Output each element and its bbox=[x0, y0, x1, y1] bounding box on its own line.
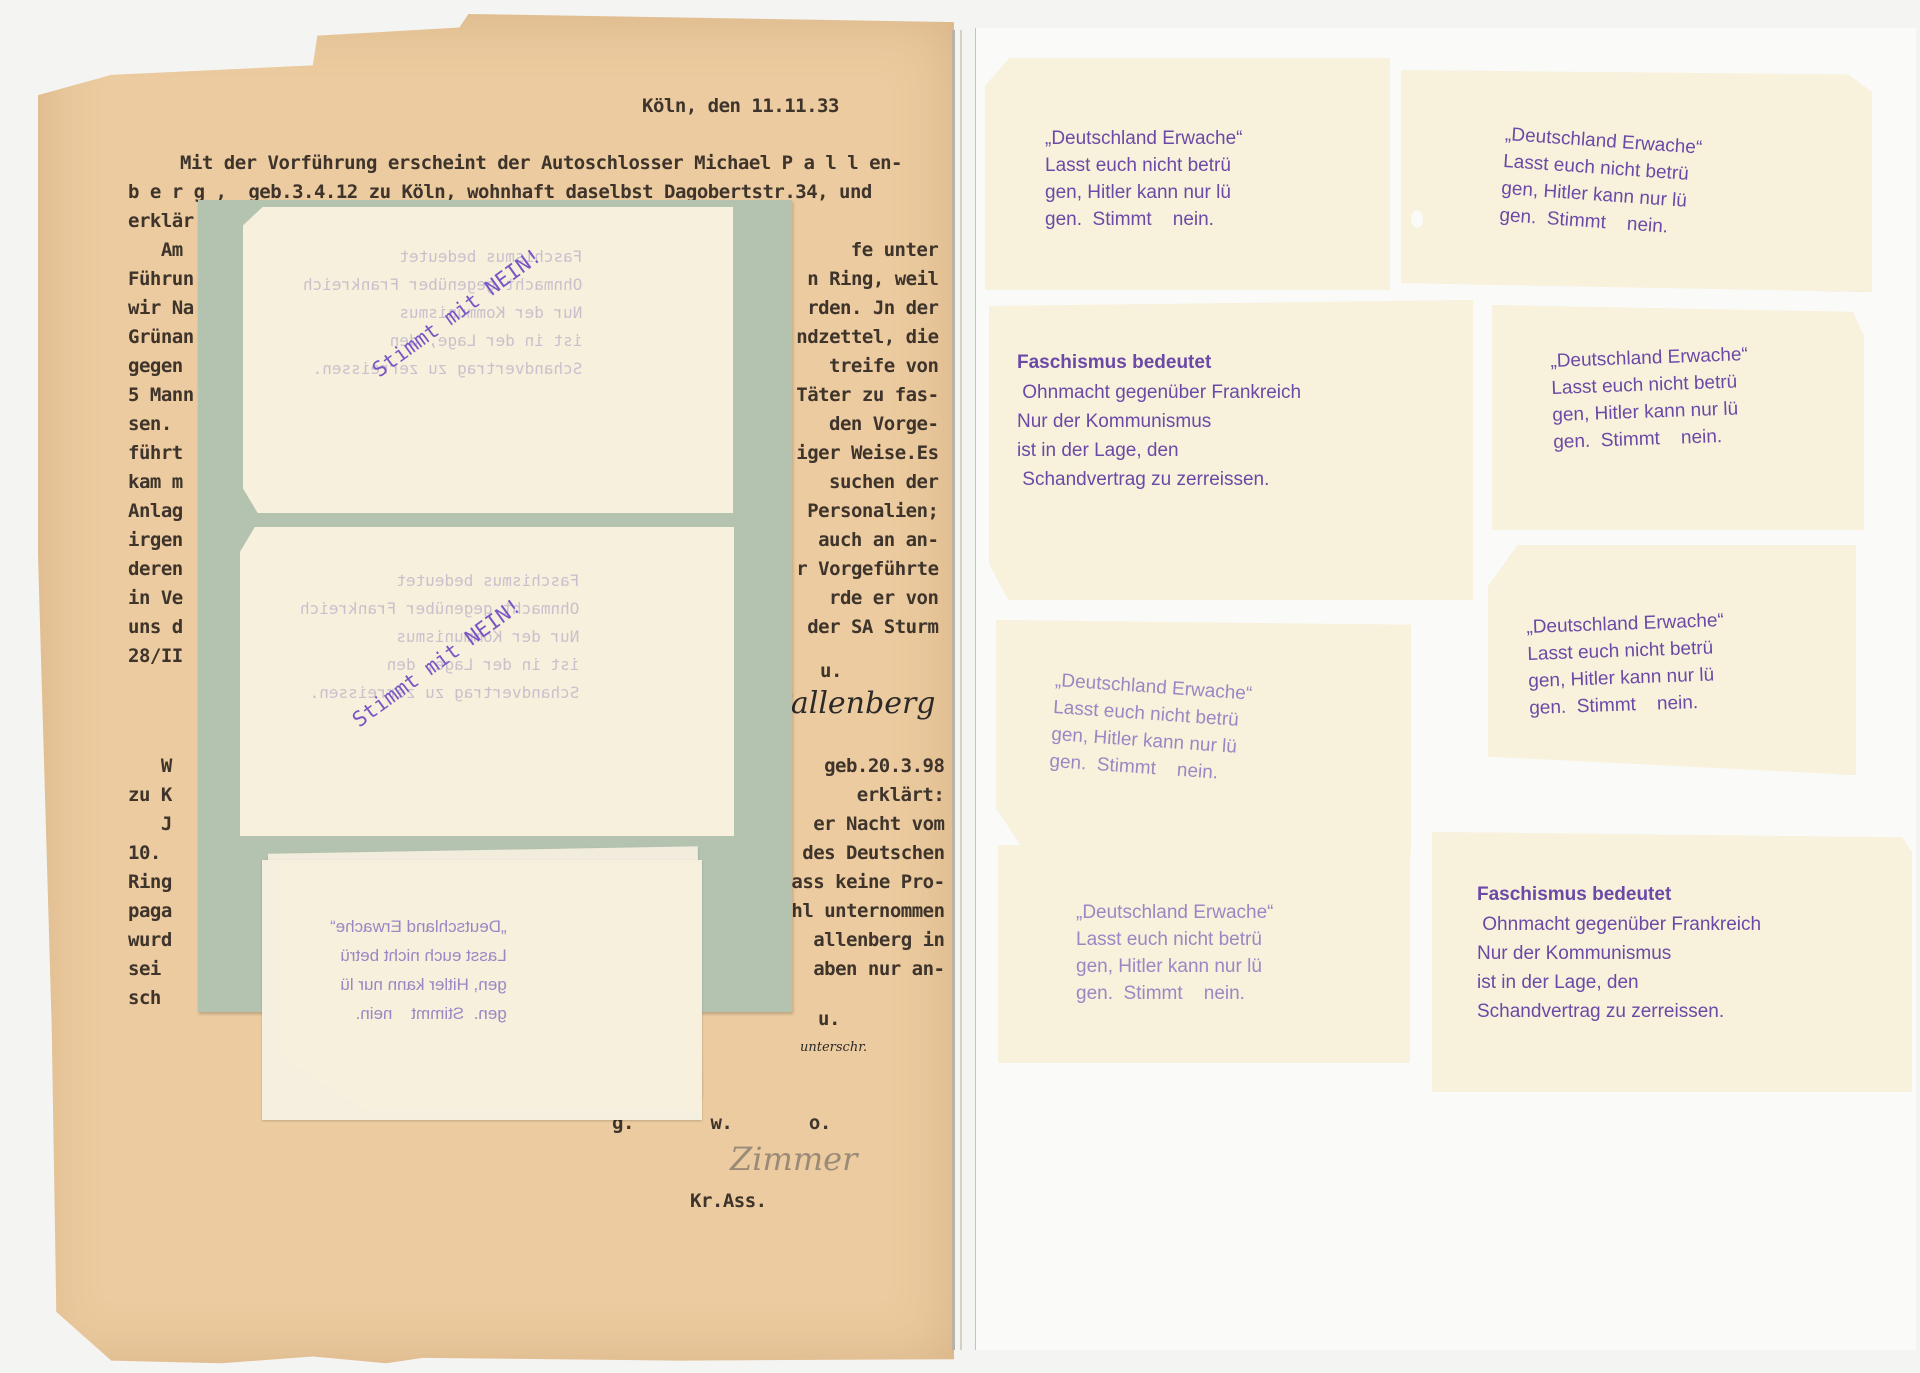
leaflet-title: Faschismus bedeutet bbox=[1477, 882, 1671, 909]
typed-line-fragment-right: treife von bbox=[829, 355, 938, 377]
leaflet-text: Ohnmacht gegenüber Frankreich Nur der Ko… bbox=[1017, 378, 1301, 494]
typed-line-fragment-left: W bbox=[128, 755, 172, 777]
typed-line-fragment-right: der SA Sturm bbox=[807, 616, 938, 638]
closing-u-2: u. bbox=[818, 1008, 840, 1030]
typed-line-fragment-left: erklär bbox=[128, 210, 194, 232]
mounted-slip-bottom-stack: „Deutschland Erwache“ Lasst euch nicht b… bbox=[280, 862, 700, 1110]
rank-label: Kr.Ass. bbox=[690, 1190, 767, 1212]
typed-line-fragment-left: in Ve bbox=[128, 587, 183, 609]
typed-line-fragment-right: erklärt: bbox=[857, 784, 945, 806]
mirrored-leaflet-text: „Deutschland Erwache“ Lasst euch nicht b… bbox=[330, 912, 507, 1028]
typed-line-fragment-left: sen. bbox=[128, 413, 172, 435]
typed-line-fragment-left: wurd bbox=[128, 929, 172, 951]
typed-line-fragment-left: paga bbox=[128, 900, 172, 922]
typed-line-fragment-left: führt bbox=[128, 442, 183, 464]
typed-line-fragment-left: zu K bbox=[128, 784, 172, 806]
leaflet-deutschland-3: „Deutschland Erwache“ Lasst euch nicht b… bbox=[1492, 305, 1864, 530]
signature-pallenberg: Pallenberg bbox=[772, 686, 936, 721]
typed-line-fragment-right: hl unternommen bbox=[791, 900, 944, 922]
typed-line-fragment-right: des Deutschen bbox=[802, 842, 944, 864]
leaflet-text: „Deutschland Erwache“ Lasst euch nicht b… bbox=[1550, 342, 1751, 457]
typed-line-fragment-left: Am bbox=[128, 239, 183, 261]
leaflet-text: „Deutschland Erwache“ Lasst euch nicht b… bbox=[1526, 608, 1727, 723]
typed-line-fragment-left: 5 Mann bbox=[128, 384, 194, 406]
typed-line-fragment-right: n Ring, weil bbox=[807, 268, 938, 290]
signature-short: unterschr. bbox=[800, 1040, 867, 1055]
typed-line-fragment-left: J bbox=[128, 813, 172, 835]
typed-line-fragment-right: aben nur an- bbox=[813, 958, 944, 980]
typed-line-fragment-right: suchen der bbox=[829, 471, 938, 493]
typed-line-fragment-left: kam m bbox=[128, 471, 183, 493]
signature-zimmer: Zimmer bbox=[730, 1140, 857, 1178]
typed-line-fragment-right: iger Weise.Es bbox=[796, 442, 938, 464]
typed-line-fragment-right: ass keine Pro- bbox=[791, 871, 944, 893]
typed-line-fragment-right: fe unter bbox=[851, 239, 939, 261]
typed-line-fragment-right: rden. Jn der bbox=[807, 297, 938, 319]
leaflet-text: Ohnmacht gegenüber Frankreich Nur der Ko… bbox=[1477, 910, 1761, 1026]
typed-line-fragment-left: 28/II bbox=[128, 645, 183, 667]
typed-line-fragment-left: wir Na bbox=[128, 297, 194, 319]
leaflet-deutschland-4: „Deutschland Erwache“ Lasst euch nicht b… bbox=[996, 620, 1411, 855]
typed-line-fragment-left: Führun bbox=[128, 268, 194, 290]
leaflet-text: „Deutschland Erwache“ Lasst euch nicht b… bbox=[1076, 900, 1273, 1008]
typed-line-fragment-left: Ring bbox=[128, 871, 172, 893]
leaflet-text: „Deutschland Erwache“ Lasst euch nicht b… bbox=[1048, 668, 1253, 789]
closing-u: u. bbox=[820, 660, 842, 682]
typed-line-fragment-right: geb.20.3.98 bbox=[824, 755, 944, 777]
page-split-edge bbox=[960, 30, 962, 1350]
leaflet-deutschland-1: „Deutschland Erwache“ Lasst euch nicht b… bbox=[985, 58, 1390, 290]
typed-line-fragment-right: Personalien; bbox=[807, 500, 938, 522]
place-date: Köln, den 11.11.33 bbox=[642, 95, 839, 117]
leaflet-faschismus-2: Faschismus bedeutet Ohnmacht gegenüber F… bbox=[1432, 832, 1912, 1092]
typed-line: Mit der Vorführung erscheint der Autosch… bbox=[180, 152, 902, 174]
typed-line-fragment-left: 10. bbox=[128, 842, 161, 864]
typed-line-fragment-left: uns d bbox=[128, 616, 183, 638]
typed-line-fragment-left: sei bbox=[128, 958, 161, 980]
typed-line-fragment-left: gegen bbox=[128, 355, 183, 377]
typed-line-fragment-right: er Nacht vom bbox=[813, 813, 944, 835]
typed-line-fragment-right: rde er von bbox=[829, 587, 938, 609]
leaflet-faschismus-1: Faschismus bedeutet Ohnmacht gegenüber F… bbox=[989, 300, 1473, 600]
typed-line-fragment-right: den Vorge- bbox=[829, 413, 938, 435]
typed-line-fragment-left: Grünan bbox=[128, 326, 194, 348]
typed-line-fragment-left: deren bbox=[128, 558, 183, 580]
leaflet-title: Faschismus bedeutet bbox=[1017, 350, 1211, 377]
typed-line-fragment-right: r Vorgeführte bbox=[796, 558, 938, 580]
punch-hole bbox=[1411, 210, 1423, 228]
typed-line-fragment-right: ndzettel, die bbox=[796, 326, 938, 348]
leaflet-text: „Deutschland Erwache“ Lasst euch nicht b… bbox=[1045, 126, 1242, 234]
leaflet-text: „Deutschland Erwache“ Lasst euch nicht b… bbox=[1498, 122, 1703, 243]
mounted-slip-top: Faschismus bedeutet Ohnmacht gegenüber F… bbox=[243, 207, 733, 513]
typed-line-fragment-right: auch an an- bbox=[818, 529, 938, 551]
bleedthrough-text: Faschismus bedeutet Ohnmacht gegenüber F… bbox=[300, 567, 579, 707]
typed-line-fragment-right: allenberg in bbox=[813, 929, 944, 951]
typed-line-fragment-left: sch bbox=[128, 987, 161, 1009]
typed-line-fragment-right: Täter zu fas- bbox=[796, 384, 938, 406]
typed-line-fragment-left: Anlag bbox=[128, 500, 183, 522]
leaflet-deutschland-6: „Deutschland Erwache“ Lasst euch nicht b… bbox=[998, 845, 1410, 1063]
leaflet-deutschland-5: „Deutschland Erwache“ Lasst euch nicht b… bbox=[1488, 545, 1856, 775]
mounted-slip-middle: Faschismus bedeutet Ohnmacht gegenüber F… bbox=[240, 527, 734, 836]
page-split-edge bbox=[952, 30, 955, 1350]
typed-line-fragment-left: irgen bbox=[128, 529, 183, 551]
leaflet-deutschland-2: „Deutschland Erwache“ Lasst euch nicht b… bbox=[1401, 70, 1872, 292]
